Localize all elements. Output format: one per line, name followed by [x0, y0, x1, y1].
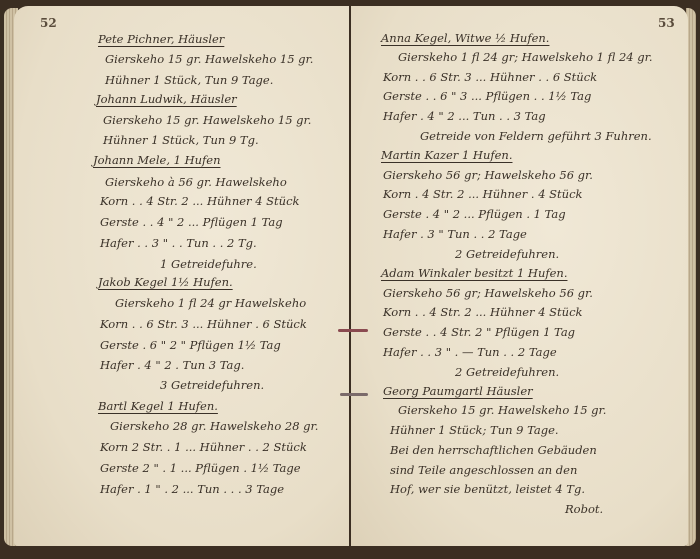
entry-line: Bei den herrschaftlichen Gebäuden [390, 443, 597, 457]
entry-line: Korn . . 4 Str. 2 ... Hühner 4 Stück [383, 305, 583, 319]
entry-line: Gerste . . 4 " 2 ... Pflügen 1 Tag [100, 215, 283, 229]
entry-line: Korn . . 6 Str. 3 ... Hühner . . 6 Stück [383, 70, 597, 84]
page-number-left: 52 [40, 16, 57, 30]
entry-line: Korn . 4 Str. 2 ... Hühner . 4 Stück [383, 187, 583, 201]
entry-line: Korn . . 4 Str. 2 ... Hühner 4 Stück [100, 194, 300, 208]
entry-line: Robot. [565, 502, 603, 516]
entry-line: Gerste . 6 " 2 " Pflügen 1½ Tag [100, 338, 281, 352]
entry-line: Gierskeho 28 gr. Hawelskeho 28 gr. [110, 419, 318, 433]
entry-line: Hafer . . 3 " . . Tun . . 2 Tg. [100, 236, 257, 250]
entry-heading: Georg Paumgartl Häusler [383, 384, 533, 398]
entry-heading: Pete Pichner, Häusler [98, 32, 224, 46]
book-gutter [346, 6, 354, 546]
entry-heading: Johann Ludwik, Häusler [96, 92, 237, 106]
entry-line: Gierskeho 1 fl 24 gr; Hawelskeho 1 fl 24… [398, 50, 653, 64]
entry-line: Gerste 2 " . 1 ... Pflügen . 1½ Tage [100, 461, 301, 475]
entry-heading: Adam Winkaler besitzt 1 Hufen. [381, 266, 567, 280]
entry-line: Hühner 1 Stück, Tun 9 Tage. [105, 73, 273, 87]
entry-heading: Martin Kazer 1 Hufen. [381, 148, 513, 162]
entry-line: sind Teile angeschlossen an den [390, 463, 577, 477]
entry-heading: Anna Kegel, Witwe ½ Hufen. [381, 31, 549, 45]
entry-line: 3 Getreidefuhren. [160, 378, 264, 392]
entry-line: Hühner 1 Stück, Tun 9 Tg. [103, 133, 259, 147]
entry-line: Gerste . . 6 " 3 ... Pflügen . . 1½ Tag [383, 89, 591, 103]
entry-heading: Bartl Kegel 1 Hufen. [98, 399, 218, 413]
binding-thread-upper [338, 329, 368, 332]
entry-line: 2 Getreidefuhren. [455, 365, 559, 379]
entry-heading: Jakob Kegel 1½ Hufen. [98, 275, 233, 289]
entry-line: Hafer . 4 " 2 . Tun 3 Tag. [100, 358, 244, 372]
entry-line: 2 Getreidefuhren. [455, 247, 559, 261]
entry-line: Gierskeho 15 gr. Hawelskeho 15 gr. [398, 403, 606, 417]
entry-line: Hof, wer sie benützt, leistet 4 Tg. [390, 482, 585, 496]
open-ledger-book: 52 53 Pete Pichner, HäuslerGierskeho 15 … [0, 0, 700, 559]
entry-line: Gierskeho 15 gr. Hawelskeho 15 gr. [103, 113, 311, 127]
entry-line: Gierskeho 15 gr. Hawelskeho 15 gr. [105, 52, 313, 66]
entry-line: Hafer . . 3 " . — Tun . . 2 Tage [383, 345, 557, 359]
entry-line: Hühner 1 Stück; Tun 9 Tage. [390, 423, 559, 437]
entry-line: Gerste . . 4 Str. 2 " Pflügen 1 Tag [383, 325, 575, 339]
entry-line: Korn . . 6 Str. 3 ... Hühner . 6 Stück [100, 317, 307, 331]
entry-line: Gierskeho à 56 gr. Hawelskeho [105, 175, 287, 189]
entry-line: Korn 2 Str. . 1 ... Hühner . . 2 Stück [100, 440, 307, 454]
entry-heading: Johann Mele, 1 Hufen [93, 153, 221, 167]
entry-line: Gierskeho 56 gr; Hawelskeho 56 gr. [383, 168, 593, 182]
entry-line: Hafer . 3 " Tun . . 2 Tage [383, 227, 527, 241]
entry-line: Gierskeho 1 fl 24 gr Hawelskeho [115, 296, 306, 310]
entry-line: Gerste . 4 " 2 ... Pflügen . 1 Tag [383, 207, 566, 221]
page-number-right: 53 [658, 16, 675, 30]
entry-line: Getreide von Feldern geführt 3 Fuhren. [420, 129, 652, 143]
entry-line: 1 Getreidefuhre. [160, 257, 257, 271]
entry-line: Hafer . 1 " . 2 ... Tun . . . 3 Tage [100, 482, 284, 496]
entry-line: Gierskeho 56 gr; Hawelskeho 56 gr. [383, 286, 593, 300]
entry-line: Hafer . 4 " 2 ... Tun . . 3 Tag [383, 109, 546, 123]
binding-thread-lower [340, 393, 368, 396]
